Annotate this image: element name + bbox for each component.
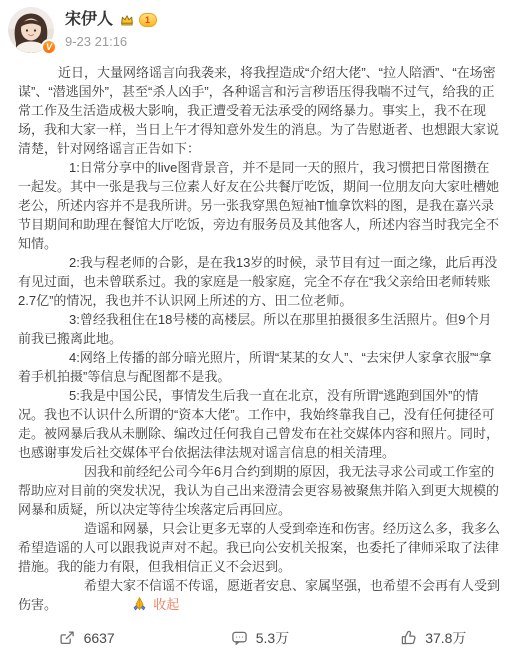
action-bar: 6637 5.3万 37.8万 — [0, 624, 520, 647]
folded-hands-emoji — [66, 597, 147, 616]
like-count: 37.8万 — [425, 628, 466, 647]
comment-count: 5.3万 — [256, 628, 289, 647]
repost-icon — [59, 630, 76, 646]
post-paragraph: 3:曾经我租住在18号楼的高楼层。所以在那里拍摄很多生活照片。但9个月前我已搬离… — [18, 310, 502, 348]
post-paragraph: 因我和前经纪公司今年6月合约到期的原因，我无法寻求公司或工作室的帮助应对目前的突… — [18, 462, 502, 519]
post-paragraph: 4:网络上传播的部分暗光照片，所谓“某某的女人”、“去宋伊人家拿衣服”“拿着手机… — [18, 348, 502, 386]
post-paragraph: 2:我与程老师的合影，是在我13岁的时候，录节目有过一面之缘，此后再没有见过面，… — [18, 253, 502, 310]
post-paragraph: 5:我是中国公民，事情发生后我一直在北京，没有所谓“逃跑到国外”的情况。我也不认… — [18, 386, 502, 462]
weibo-post-page: V 宋伊人 1 9-23 21:16 近日，大量网络谣言向我袭来，将我捏造成“介… — [0, 0, 520, 647]
avatar[interactable]: V — [8, 7, 54, 53]
post-timestamp: 9-23 21:16 — [65, 34, 157, 49]
post-paragraph: 1:日常分享中的live图背景音，并不是同一天的照片，我习惯把日常图攒在一起发。… — [18, 158, 502, 253]
comment-button[interactable]: 5.3万 — [173, 628, 346, 647]
collapse-link[interactable]: 收起 — [153, 597, 179, 612]
header-info: 宋伊人 1 9-23 21:16 — [65, 7, 157, 49]
post-header: V 宋伊人 1 9-23 21:16 — [0, 0, 520, 53]
repost-button[interactable]: 6637 — [0, 630, 173, 646]
vip-level-badge[interactable]: 1 — [139, 13, 157, 27]
verified-v-badge: V — [41, 39, 57, 55]
vip-crown-icon — [120, 14, 134, 26]
post-paragraph-last: 希望大家不信谣不传谣，愿逝者安息、家属坚强，也希望不会再有人受到伤害。 收起 — [18, 576, 502, 616]
comment-icon — [231, 630, 248, 646]
post-paragraph: 近日，大量网络谣言向我袭来，将我捏造成“介绍大佬”、“拉人陪酒”、“在场密谋”、… — [18, 63, 502, 158]
thumbs-up-icon — [400, 630, 417, 646]
like-button[interactable]: 37.8万 — [347, 628, 520, 647]
repost-count: 6637 — [84, 630, 115, 646]
post-content: 近日，大量网络谣言向我袭来，将我捏造成“介绍大佬”、“拉人陪酒”、“在场密谋”、… — [0, 53, 520, 616]
post-paragraph: 造谣和网暴，只会让更多无辜的人受到牵连和伤害。经历这么多，我多么希望造谣的人可以… — [18, 519, 502, 576]
username[interactable]: 宋伊人 — [65, 11, 113, 29]
